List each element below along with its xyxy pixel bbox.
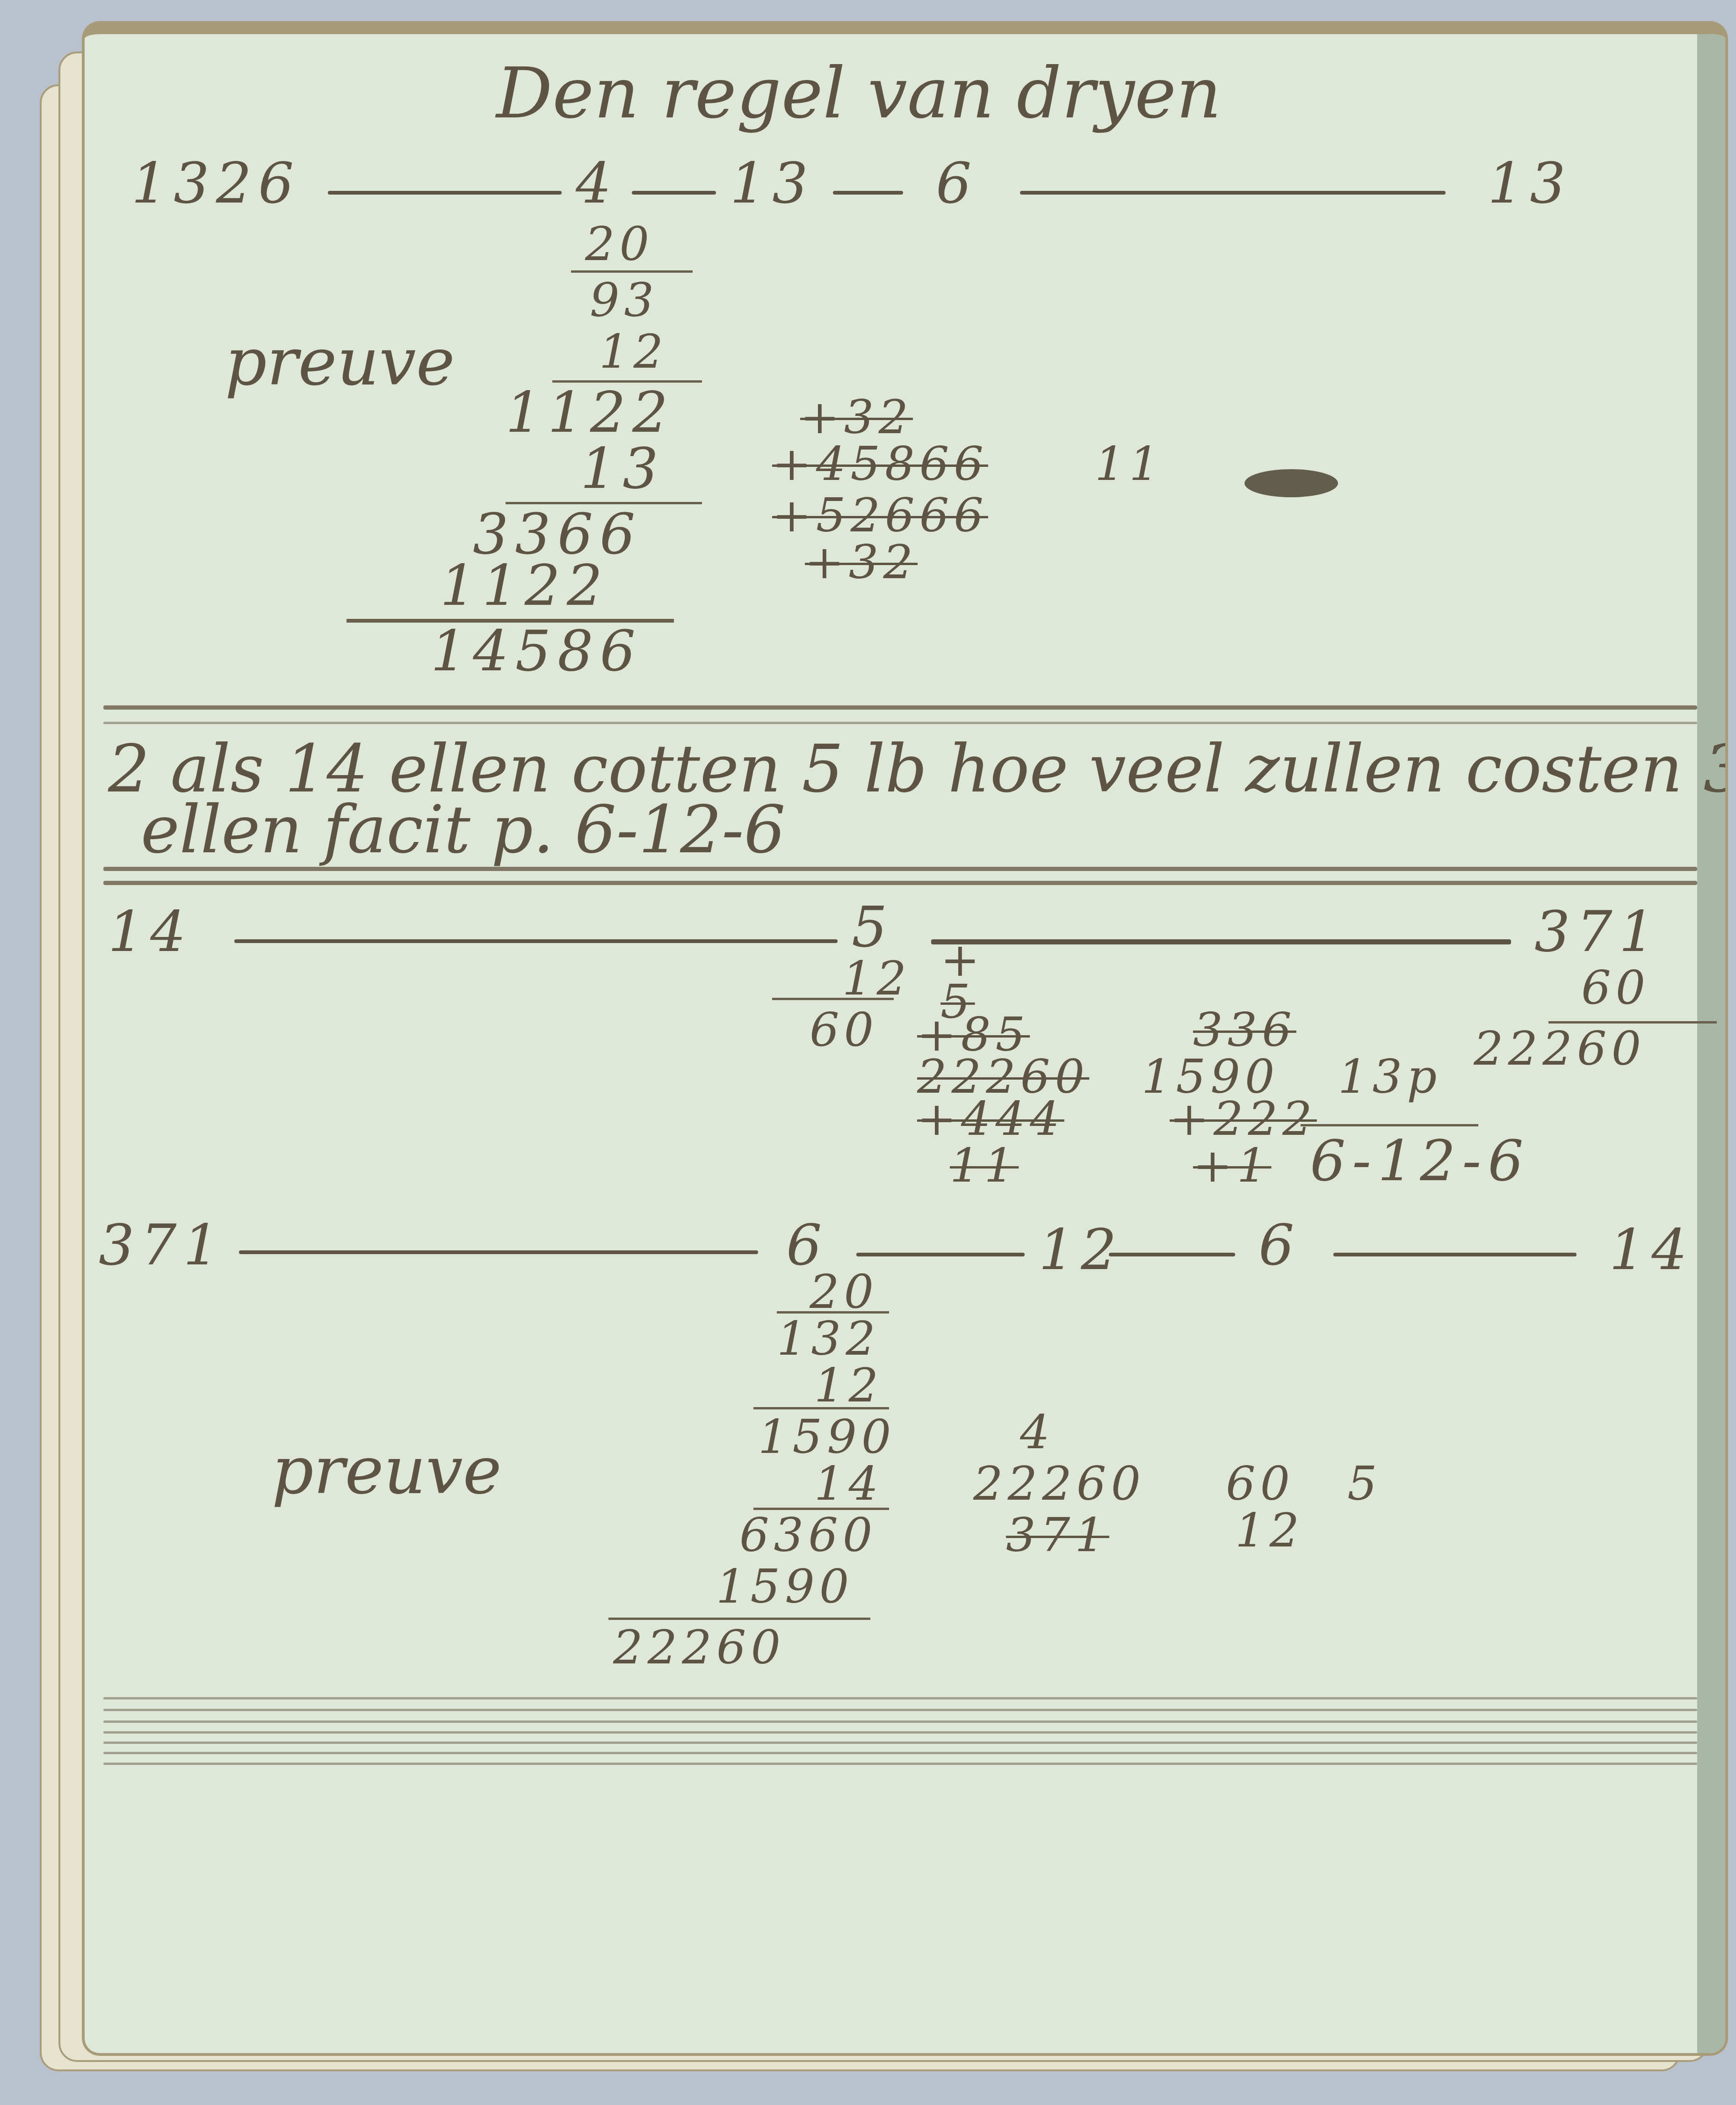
ink-blot xyxy=(1244,469,1338,497)
working-result: 22260 xyxy=(613,1620,785,1675)
working-value: 1122 xyxy=(506,380,674,445)
ruled-line xyxy=(103,1731,1697,1734)
binding-gutter xyxy=(1697,34,1725,2053)
division-row: 371 xyxy=(1006,1508,1109,1562)
working-value: 1122 xyxy=(440,553,609,618)
proportion-dash xyxy=(931,939,1511,944)
section-rule xyxy=(103,705,1697,710)
proportion-dash xyxy=(833,191,903,195)
working-value: 60 xyxy=(1581,960,1650,1015)
ruled-line xyxy=(103,1709,1697,1711)
example1-term-2: 4 xyxy=(576,151,618,216)
ruled-line xyxy=(103,1742,1697,1744)
division-quotient: 5 xyxy=(1347,1456,1382,1511)
working-value: 20 xyxy=(585,217,654,271)
working-result: 14586 xyxy=(431,619,642,684)
proportion-dash xyxy=(632,191,716,195)
proof2-term-3: 12 xyxy=(1039,1218,1123,1283)
division-row: +1 xyxy=(1193,1138,1271,1193)
proof-label: preuve xyxy=(272,1433,502,1509)
proof2-term-5: 14 xyxy=(1609,1218,1694,1283)
proof2-term-4: 6 xyxy=(1259,1213,1301,1278)
example2-term-2: 5 xyxy=(852,895,894,960)
division-dividend: 22260 xyxy=(973,1456,1145,1511)
section-rule xyxy=(103,881,1697,885)
working-value: 93 xyxy=(590,273,658,327)
section-rule xyxy=(103,722,1697,724)
division-row: 336 xyxy=(1193,1002,1296,1057)
proportion-dash xyxy=(1333,1253,1577,1256)
page-title: Den regel van dryen xyxy=(496,53,1222,134)
division-row: 12 xyxy=(1235,1503,1304,1558)
proportion-dash xyxy=(1109,1253,1235,1256)
working-value: 12 xyxy=(599,324,668,379)
division-row: 4 xyxy=(1020,1405,1055,1459)
proportion-dash xyxy=(239,1250,758,1254)
proportion-dash xyxy=(234,939,838,943)
answer-value: 6-12-6 xyxy=(1310,1129,1530,1194)
division-quotient: 13p xyxy=(1338,1049,1441,1104)
division-row: +32 xyxy=(805,535,918,589)
ruled-line xyxy=(103,1763,1697,1765)
division-row: 11 xyxy=(950,1138,1019,1193)
example1-term-4: 6 xyxy=(936,151,978,216)
manuscript-page: Den regel van dryen 1326 4 13 6 13 20 93… xyxy=(82,21,1728,2056)
ruled-line xyxy=(103,1720,1697,1723)
example1-term-5: 13 xyxy=(1488,151,1572,216)
example1-term-3: 13 xyxy=(730,151,815,216)
problem-text-line-2: ellen facit p. 6-12-6 xyxy=(141,792,786,868)
working-value: 1590 xyxy=(716,1559,854,1614)
example2-term-3: 371 xyxy=(1534,900,1661,965)
proof-label: preuve xyxy=(225,324,455,400)
working-value: 13 xyxy=(580,436,665,501)
ruled-line xyxy=(103,1697,1697,1699)
division-row: +45866 xyxy=(772,436,988,491)
ruled-line xyxy=(103,1752,1697,1754)
section-rule xyxy=(103,867,1697,871)
working-result: 22260 xyxy=(1474,1021,1646,1076)
proof2-term-1: 371 xyxy=(99,1213,225,1278)
division-quotient: 11 xyxy=(1095,436,1164,491)
example2-term-1: 14 xyxy=(108,900,193,965)
example1-term-1: 1326 xyxy=(131,151,300,216)
proportion-dash xyxy=(856,1253,1025,1256)
working-value: 60 xyxy=(810,1002,878,1057)
proportion-dash xyxy=(1020,191,1446,195)
working-value: 12 xyxy=(814,1358,883,1413)
sum-bar xyxy=(772,998,894,1000)
working-value: 14 xyxy=(814,1456,883,1511)
sum-bar xyxy=(1301,1124,1478,1126)
working-value: 6360 xyxy=(739,1508,877,1562)
proportion-dash xyxy=(328,191,562,195)
